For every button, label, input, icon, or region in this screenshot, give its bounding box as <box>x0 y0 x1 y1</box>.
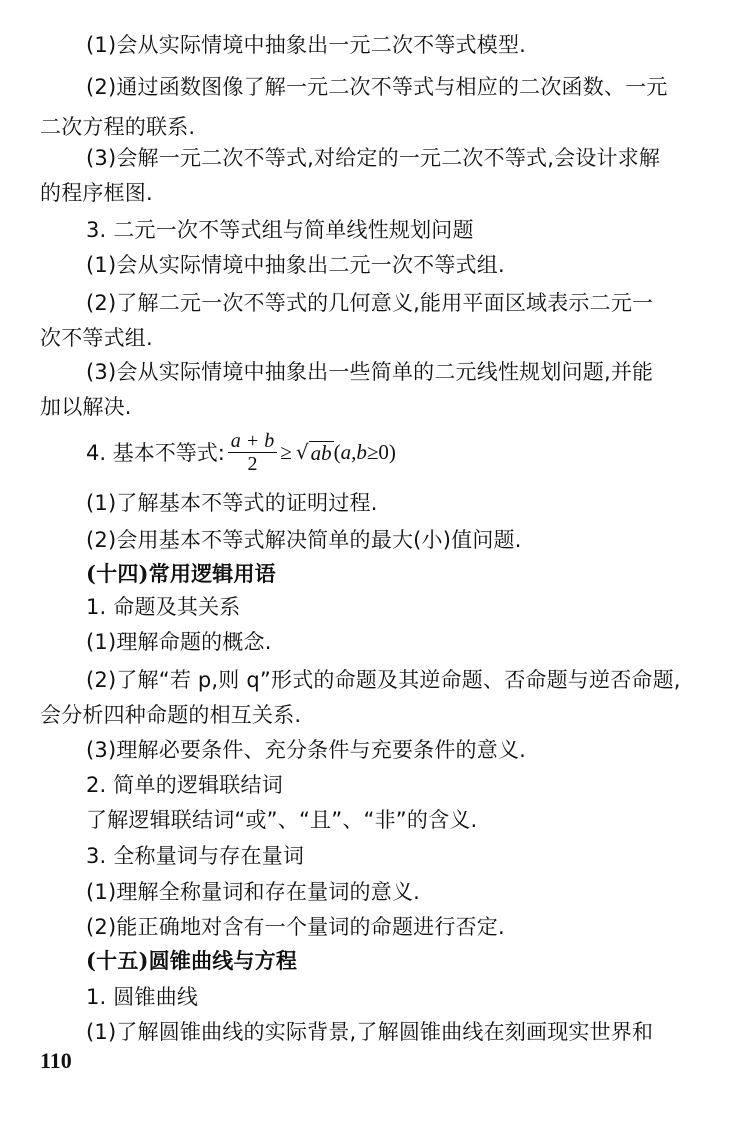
text-line: (1)理解全称量词和存在量词的意义. <box>86 877 750 907</box>
condition-open: ( <box>334 440 341 465</box>
text-line: 次不等式组. <box>40 323 740 353</box>
text-line: (1)了解圆锥曲线的实际背景,了解圆锥曲线在刻画现实世界和 <box>86 1017 750 1047</box>
fraction-denominator: 2 <box>248 453 258 475</box>
chapter-heading: (十四)常用逻辑用语 <box>86 559 750 589</box>
text-line: (2)通过函数图像了解一元二次不等式与相应的二次函数、一元 <box>86 72 750 102</box>
basic-inequality-formula: 4. 基本不等式: a + b 2 ≥ √ ab ( a,b ≥0 ) <box>86 422 396 482</box>
text-line: 的程序框图. <box>40 178 740 208</box>
text-line: 了解逻辑联结词“或”、“且”、“非”的含义. <box>86 805 750 835</box>
text-line: 二次方程的联系. <box>40 112 740 142</box>
square-root: √ ab <box>296 440 334 464</box>
condition-close: ) <box>389 440 396 465</box>
fraction: a + b 2 <box>228 430 278 475</box>
text-line: (1)会从实际情境中抽象出二元一次不等式组. <box>86 250 750 280</box>
section-heading: 2. 简单的逻辑联结词 <box>86 770 750 800</box>
text-line: (2)了解“若 p,则 q”形式的命题及其逆命题、否命题与逆否命题, <box>86 665 750 695</box>
text-line: (1)理解命题的概念. <box>86 627 750 657</box>
text-line: (3)会从实际情境中抽象出一些简单的二元线性规划问题,并能 <box>86 357 750 387</box>
section-heading: 3. 二元一次不等式组与简单线性规划问题 <box>86 215 750 245</box>
radical-icon: √ <box>296 440 309 464</box>
text-line: (2)能正确地对含有一个量词的命题进行否定. <box>86 912 750 942</box>
document-page: (1)会从实际情境中抽象出一元二次不等式模型. (2)通过函数图像了解一元二次不… <box>0 0 750 1134</box>
condition-relation: ≥0 <box>367 440 389 465</box>
text-line: (1)了解基本不等式的证明过程. <box>86 488 750 518</box>
text-line: (3)理解必要条件、充分条件与充要条件的意义. <box>86 735 750 765</box>
section-heading: 3. 全称量词与存在量词 <box>86 841 750 871</box>
text-line: (1)会从实际情境中抽象出一元二次不等式模型. <box>86 30 750 60</box>
text-line: 会分析四种命题的相互关系. <box>40 700 740 730</box>
section-heading: 1. 命题及其关系 <box>86 592 750 622</box>
formula-label: 4. 基本不等式: <box>86 437 225 467</box>
geq-symbol: ≥ <box>280 440 292 465</box>
text-line: (2)会用基本不等式解决简单的最大(小)值问题. <box>86 525 750 555</box>
condition-vars: a,b <box>341 440 367 465</box>
chapter-heading: (十五)圆锥曲线与方程 <box>86 946 750 976</box>
text-line: (2)了解二元一次不等式的几何意义,能用平面区域表示二元一 <box>86 288 750 318</box>
radicand: ab <box>309 441 334 464</box>
fraction-numerator: a + b <box>228 430 278 453</box>
text-line: 加以解决. <box>40 392 740 422</box>
section-heading: 1. 圆锥曲线 <box>86 982 750 1012</box>
page-number: 110 <box>40 1048 72 1074</box>
text-line: (3)会解一元二次不等式,对给定的一元二次不等式,会设计求解 <box>86 143 750 173</box>
